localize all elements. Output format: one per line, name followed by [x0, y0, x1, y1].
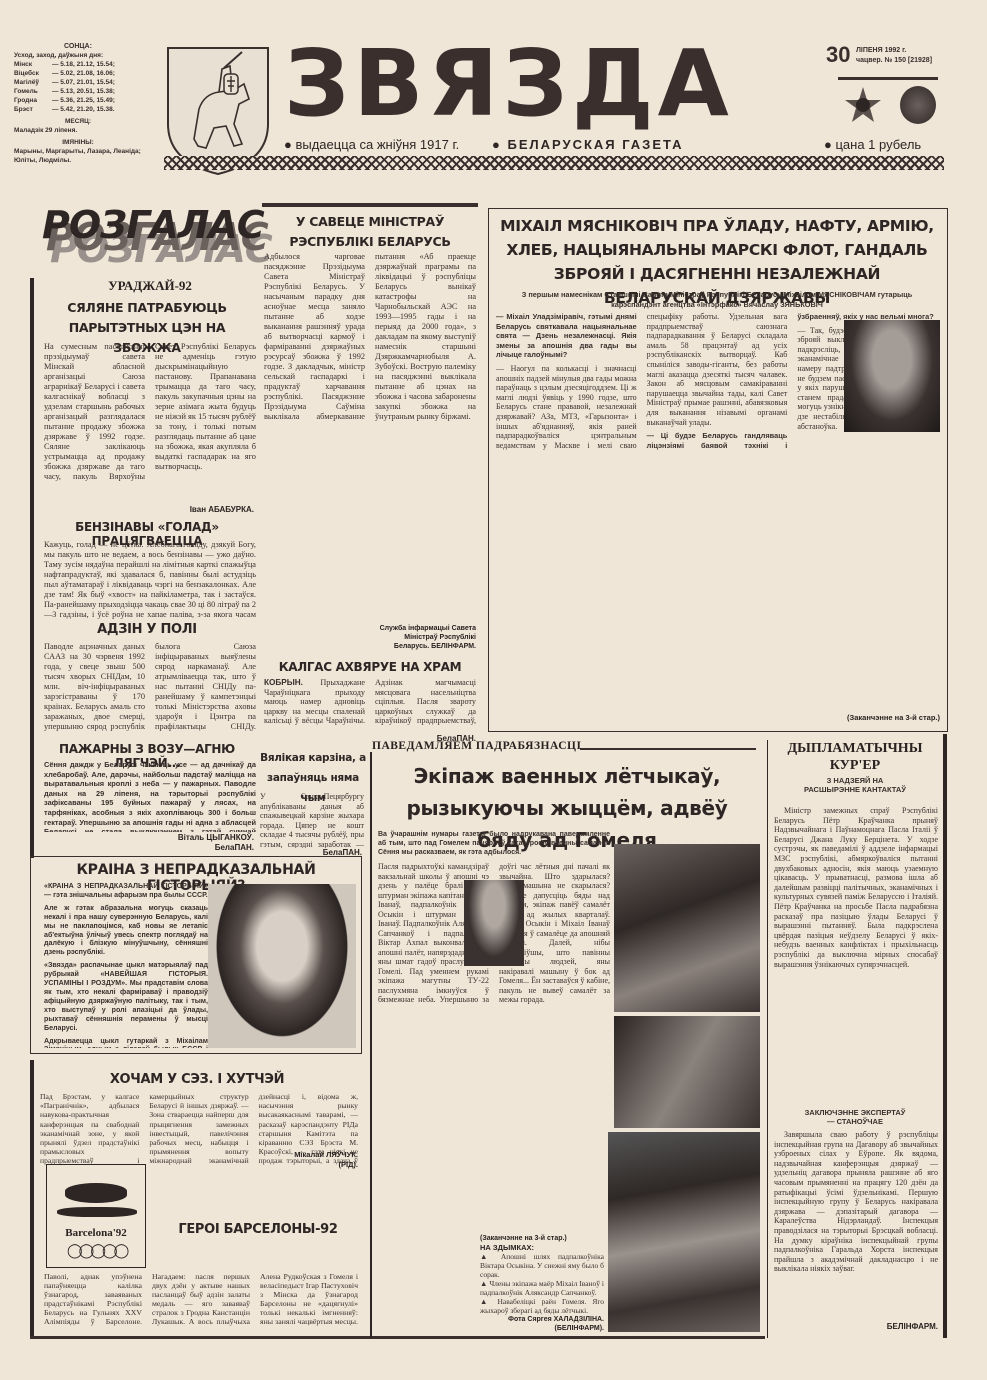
sun-row: Віцебск— 5.02, 21.08, 16.06; [14, 69, 142, 78]
triangle-bullet-icon: ▲ [480, 1297, 497, 1306]
history-p4: Адкрываецца цыкл гутаркай з Міхаілам Зім… [44, 1037, 208, 1049]
triangle-bullet-icon: ▲ [480, 1252, 501, 1261]
diplomatic-right-rule [943, 734, 947, 1338]
sun-row: Мінск— 5.18, 21.12, 15.54; [14, 60, 142, 69]
gomel-aerial-photo [608, 1132, 760, 1332]
history-p3: «Звязда» распачынае цыкл матэрыялаў пад … [44, 961, 208, 1032]
barcelona-title: ГЕРОІ БАРСЕЛОНЫ-92 [160, 1222, 356, 1237]
petrol-text: Кажуць, голад — не цётка. Хлебнага голад… [44, 540, 256, 620]
council-title: У САВЕЦЕ МІНІСТРАЎ РЭСПУБЛІКІ БЕЛАРУСЬ [262, 212, 478, 252]
pilots-left-rule [370, 752, 372, 1338]
photo-caption: ▲ Члены экіпажа маёр Міхаіл Іваноў і пад… [480, 1279, 604, 1297]
date-rule [838, 77, 938, 80]
history-p1: «КРАІНА З НЕПРАДКАЗАЛЬНАЙ ГІСТОРЫЯЙ» — г… [44, 882, 208, 900]
pilots-continued: (Заканчэнне на 3-й стар.) [480, 1234, 604, 1243]
moon-text: Маладзік 29 ліпеня. [14, 126, 142, 135]
tagline-row: ● выдаецца са жніўня 1917 г. ● БЕЛАРУСКА… [284, 137, 944, 153]
interview-question-1: — Міхаіл Уладзіміравіч, гэтымі днямі Бел… [496, 312, 637, 360]
pilots-rubric-rule [580, 748, 756, 750]
ornament-band [164, 156, 944, 170]
fires-author: Віталь ЦЫГАНКОЎ.БелаПАН. [150, 833, 254, 853]
rozgalas-left-rule [30, 278, 34, 858]
bottom-rule [30, 1336, 765, 1339]
order-medal-icon [844, 86, 882, 124]
sun-title: СОНЦА: [14, 42, 142, 51]
pilots-lead: Ва ўчарашнім нумары газеты было надрукав… [378, 830, 610, 857]
fires-text: Сёння даждж у Беларусі чакаюць усе — ад … [44, 760, 256, 832]
interview-lead: З першым намеснікам Старшыні Савета Міні… [496, 290, 938, 309]
barcelona-figure-arm-icon [57, 1207, 137, 1217]
aids-title: АДЗІН У ПОЛІ [40, 622, 254, 637]
pilots-rubric: ПАВЕДАМЛЯЕМ ПАДРАБЯЗНАСЦІ [372, 740, 632, 752]
pilots-captions: (Заканчэнне на 3-й стар.) НА ЗДЫМКАХ: ▲ … [480, 1234, 604, 1333]
diplomatic-sub2: ЗАКЛЮЧЭННЕ ЭКСПЕРТАЎ — СТАНОЎЧАЕ [800, 1108, 910, 1126]
grain-prices-text: На сумесным пасяджэнні прэзідыумаў савет… [44, 342, 256, 502]
sun-subtitle: Усход, заход, даўжыня дня: [14, 51, 142, 60]
captions-title: НА ЗДЫМКАХ: [480, 1243, 604, 1252]
names-text: Марыны, Маргарыты, Лазара, Леаніда; Юліт… [14, 147, 142, 165]
council-signature: Служба інфармацыі Савета Міністраў Рэспу… [370, 624, 476, 651]
basket-text: У Санкт-Пецярбургу апублікаваны даныя аб… [260, 792, 364, 848]
rozgalas-logo: РОЗГАЛАС РОЗГАЛАС РОЗГАЛАС [40, 205, 260, 267]
sun-row: Магілёў— 5.07, 21.01, 15.54; [14, 78, 142, 87]
kolhoz-dateline: КОБРЫН. [264, 678, 303, 687]
tagline-price: ● цана 1 рубель [824, 137, 921, 152]
tagline-belarusian-newspaper: ● БЕЛАРУСКАЯ ГАЗЕТА [492, 137, 684, 152]
almanac: СОНЦА: Усход, заход, даўжыня дня: Мінск—… [14, 42, 142, 165]
interview-continued: (Заканчэнне на 3-й стар.) [820, 713, 940, 723]
photo-credit: Фота Сяргея ХАЛАДЗІЛІНА. (БЕЛІНФАРМ). [480, 1315, 604, 1333]
rozgalas-rubric: УРАДЖАЙ-92 [40, 278, 260, 294]
aids-text: Паводле ацэначных даных СААЗ на 30 чэрве… [44, 642, 256, 740]
kolhoz-text: КОБРЫН. Прыхаджане Чараўніцкага прыходу … [264, 678, 476, 734]
olympic-rings-icon: ◯◯◯◯◯ [67, 1243, 125, 1259]
barcelona-text-body: Паволі, аднак упэўнена папаўняецца каліл… [44, 1272, 358, 1334]
order-lenin-icon [900, 86, 936, 124]
moon-title: МЕСЯЦ: [14, 117, 142, 126]
crew-group-photo [614, 1016, 760, 1128]
grain-prices-author: Іван АБАБУРКА. [150, 505, 254, 515]
history-p2: Але ж гэтак абразальна могуць сказаць не… [44, 904, 208, 957]
issue-date: 30 ЛІПЕНЯ 1992 г. чацвер. № 150 [21928] [826, 42, 986, 68]
kolhoz-title: КАЛГАС АХВЯРУЕ НА ХРАМ [262, 660, 478, 674]
sun-row: Брэст— 5.42, 21.20, 15.38. [14, 105, 142, 114]
barcelona-text: Barcelona'92 [47, 1227, 145, 1239]
council-top-rule [262, 203, 478, 207]
crew-portrait-photo-1 [464, 880, 524, 966]
diplomatic-text2: Завяршыла сваю работу ў рэспубліцы інспе… [774, 1130, 938, 1320]
photo-caption: ▲ Навабеліцкі раён Гомеля. Яго жыхароў з… [480, 1297, 604, 1315]
sun-table: Мінск— 5.18, 21.12, 15.54;Віцебск— 5.02,… [14, 60, 142, 114]
masthead-title: ЗВЯЗДА [284, 40, 784, 128]
sez-author: Мікалай ЛЯЎЧУК.(РІД). [270, 1150, 358, 1170]
pilots-funeral-photo [614, 844, 760, 1012]
newspaper-name: ЗВЯЗДА [284, 40, 784, 128]
myasnikovich-photo [844, 320, 940, 432]
sun-row: Гомель— 5.13, 20.51, 15.38; [14, 87, 142, 96]
triangle-bullet-icon: ▲ [480, 1279, 489, 1288]
history-text: «КРАІНА З НЕПРАДКАЗАЛЬНАЙ ГІСТОРЫЯЙ» — г… [44, 882, 208, 1048]
issue-month-year: ЛІПЕНЯ 1992 г. [856, 46, 932, 56]
names-title: ІМЯНІНЫ: [14, 138, 142, 147]
diplomatic-text1: Міністр замежных спраў Рэспублікі Белару… [774, 806, 938, 1106]
diplomatic-rubric: ДЫПЛАМАТЫЧНЫ КУР'ЕР [770, 740, 940, 774]
diplomatic-agency: БЕЛІНФАРМ. [850, 1322, 938, 1332]
issue-number: чацвер. № 150 [21928] [856, 56, 932, 66]
diplomatic-left-rule [767, 740, 768, 1338]
barcelona-logo: Barcelona'92 ◯◯◯◯◯ [46, 1164, 146, 1268]
sun-row: Гродна— 5.36, 21.25, 15.49; [14, 96, 142, 105]
zimyanin-photo [208, 884, 356, 1048]
sez-title: ХОЧАМ У СЭЗ. І ХУТЧЭЙ [36, 1072, 358, 1087]
diplomatic-sub1: З НАДЗЕЯЙ НА РАСШЫРЭННЕ КАНТАКТАЎ [800, 776, 910, 794]
barcelona-figure-icon [65, 1183, 127, 1203]
captions-list: ▲ Апошні шлях падпалкоўніка Віктара Осык… [480, 1252, 604, 1315]
council-text: Адбылося чарговае пасяджэнне Прэзідыума … [264, 252, 476, 624]
bottom-left-rule [30, 1060, 34, 1338]
issue-day: 30 [826, 42, 850, 67]
photo-caption: ▲ Апошні шлях падпалкоўніка Віктара Осык… [480, 1252, 604, 1279]
tagline-founded: ● выдаецца са жніўня 1917 г. [284, 137, 459, 152]
